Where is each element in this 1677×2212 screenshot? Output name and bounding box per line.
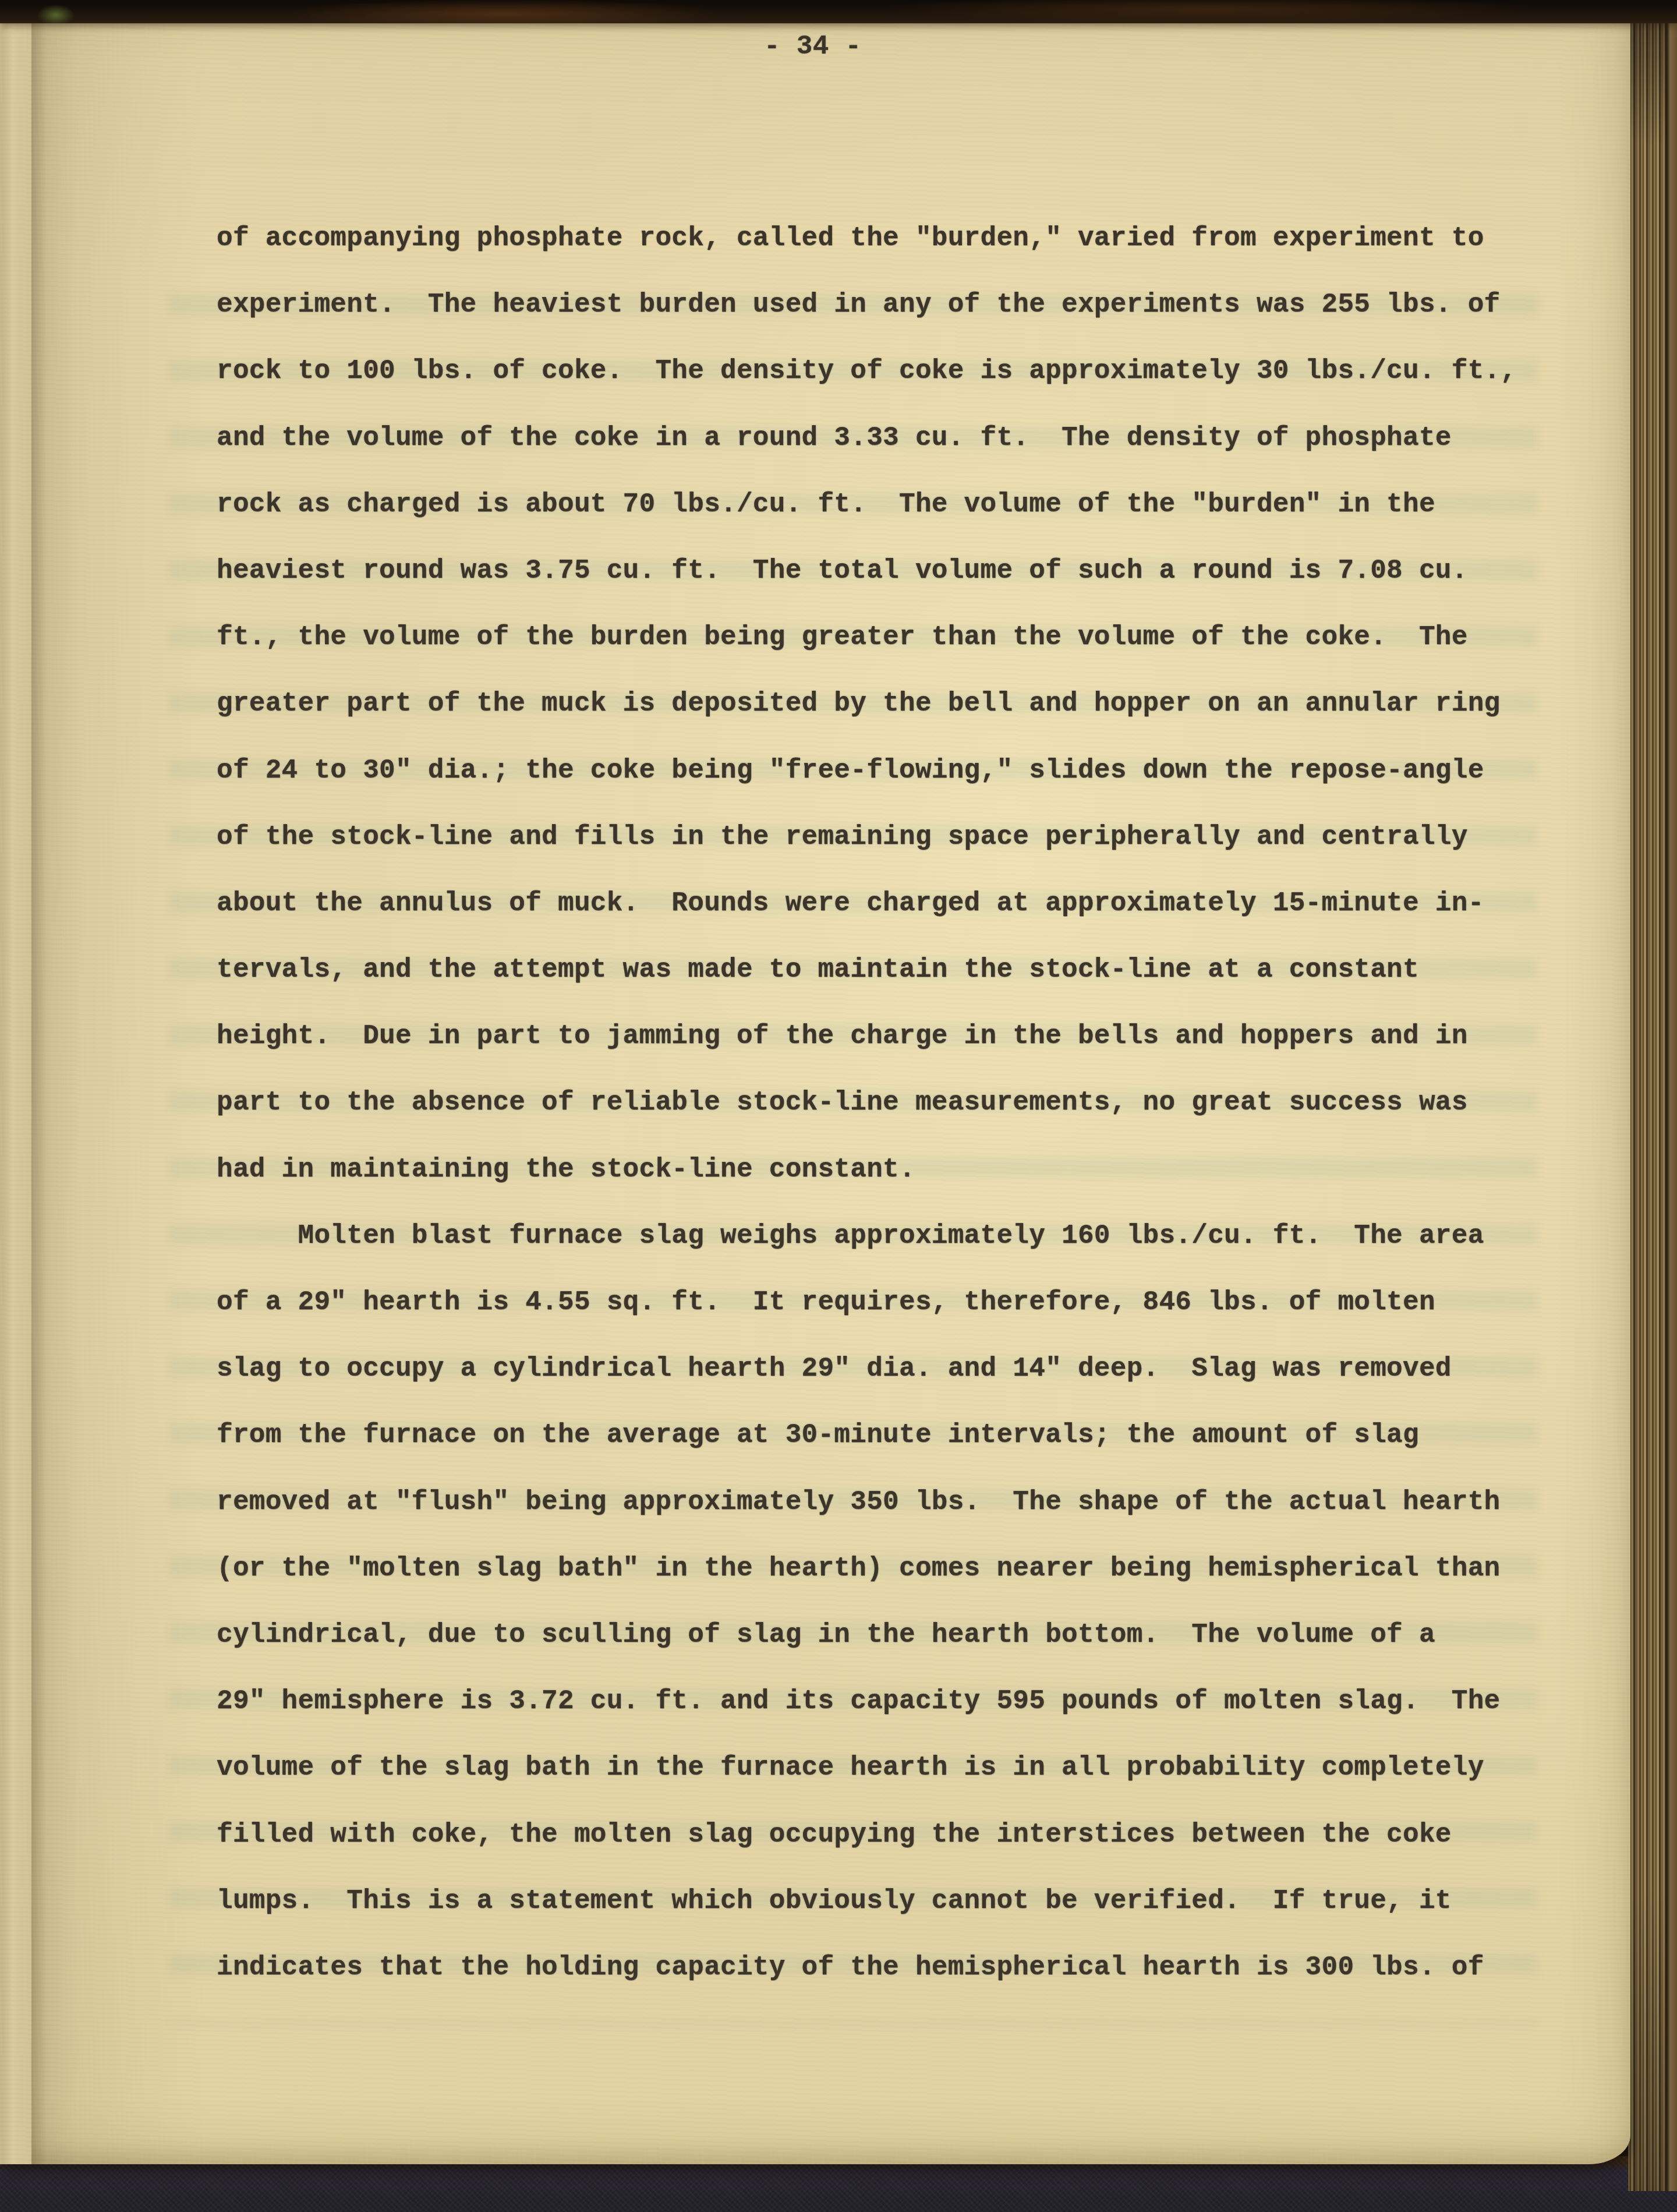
text-line: of a 29" hearth is 4.55 sq. ft. It requi… — [217, 1269, 1550, 1335]
text-line: Molten blast furnace slag weighs approxi… — [217, 1203, 1550, 1269]
text-line: about the annulus of muck. Rounds were c… — [217, 870, 1550, 937]
text-line: part to the absence of reliable stock-li… — [217, 1069, 1550, 1136]
text-line: filled with coke, the molten slag occupy… — [217, 1801, 1550, 1868]
scanned-book-page: - 34 - of accompanying phosphate rock, c… — [0, 0, 1677, 2212]
text-line: volume of the slag bath in the furnace h… — [217, 1734, 1550, 1801]
text-line: 29" hemisphere is 3.72 cu. ft. and its c… — [217, 1668, 1550, 1734]
text-line: lumps. This is a statement which obvious… — [217, 1868, 1550, 1934]
text-line: rock to 100 lbs. of coke. The density of… — [217, 338, 1550, 404]
text-line: height. Due in part to jamming of the ch… — [217, 1003, 1550, 1069]
text-line: had in maintaining the stock-line consta… — [217, 1136, 1550, 1203]
text-line: heaviest round was 3.75 cu. ft. The tota… — [217, 538, 1550, 604]
book-cover-cloth — [0, 2156, 1677, 2212]
body-text: of accompanying phosphate rock, called t… — [217, 205, 1550, 2001]
text-line: removed at "flush" being approximately 3… — [217, 1469, 1550, 1535]
text-line: from the furnace on the average at 30-mi… — [217, 1402, 1550, 1468]
text-line: and the volume of the coke in a round 3.… — [217, 405, 1550, 471]
text-line: indicates that the holding capacity of t… — [217, 1934, 1550, 2001]
page-number: - 34 - — [764, 31, 861, 62]
text-line: slag to occupy a cylindrical hearth 29" … — [217, 1335, 1550, 1402]
text-line: rock as charged is about 70 lbs./cu. ft.… — [217, 471, 1550, 538]
text-line: experiment. The heaviest burden used in … — [217, 271, 1550, 338]
book-binding-top — [0, 0, 1677, 23]
text-line: cylindrical, due to sculling of slag in … — [217, 1602, 1550, 1668]
text-line: tervals, and the attempt was made to mai… — [217, 937, 1550, 1003]
text-line: ft., the volume of the burden being grea… — [217, 604, 1550, 670]
text-line: (or the "molten slag bath" in the hearth… — [217, 1535, 1550, 1602]
text-line: of accompanying phosphate rock, called t… — [217, 205, 1550, 271]
book-fore-edge — [1628, 16, 1677, 2191]
text-line: of the stock-line and fills in the remai… — [217, 804, 1550, 870]
text-line: greater part of the muck is deposited by… — [217, 670, 1550, 737]
text-line: of 24 to 30" dia.; the coke being "free-… — [217, 737, 1550, 804]
